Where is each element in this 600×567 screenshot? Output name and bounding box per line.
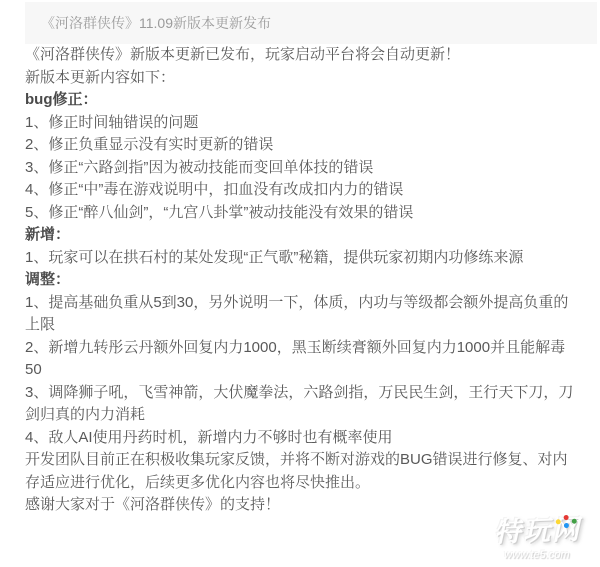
new-item-1: 1、玩家可以在拱石村的某处发现“正气歌”秘籍，提供玩家初期内功修练来源 [25, 247, 575, 270]
update-contents-intro: 新版本更新内容如下： [25, 67, 575, 90]
closing-paragraph: 开发团队目前正在积极收集玩家反馈，并将不断对游戏的BUG错误进行修复、对内存适应… [25, 449, 575, 494]
intro-paragraph: 《河洛群侠传》新版本更新已发布，玩家启动平台将会自动更新！ [25, 44, 575, 67]
article-title-bar: 《河洛群侠传》11.09新版本更新发布 [25, 2, 597, 44]
bugfix-item-2: 2、修正负重显示没有实时更新的错误 [25, 134, 575, 157]
watermark-site-url: www.te5.com [482, 549, 592, 561]
section-heading-bugfix: bug修正： [25, 89, 575, 112]
controller-button-blue-icon [563, 523, 568, 528]
adjust-item-3: 3、调降狮子吼，飞雪神箭，大伏魔拳法，六路剑指，万民民生剑，王行天下刀，刀剑归真… [25, 382, 575, 427]
bugfix-item-1: 1、修正时间轴错误的问题 [25, 112, 575, 135]
site-watermark: 特玩网 www.te5.com [482, 509, 592, 561]
bugfix-item-5: 5、修正“醉八仙剑”，“九宫八卦掌”被动技能没有效果的错误 [25, 202, 575, 225]
section-heading-new: 新增： [25, 224, 575, 247]
article-page: 《河洛群侠传》11.09新版本更新发布 《河洛群侠传》新版本更新已发布，玩家启动… [0, 0, 600, 567]
article-title: 《河洛群侠传》11.09新版本更新发布 [41, 13, 271, 33]
bugfix-item-3: 3、修正“六路剑指”因为被动技能而变回单体技的错误 [25, 157, 575, 180]
controller-button-yellow-icon [555, 519, 560, 524]
bugfix-item-4: 4、修正“中”毒在游戏说明中，扣血没有改成扣内力的错误 [25, 179, 575, 202]
article-body: 《河洛群侠传》新版本更新已发布，玩家启动平台将会自动更新！ 新版本更新内容如下：… [0, 44, 600, 517]
adjust-item-1: 1、提高基础负重从5到30，另外说明一下，体质，内功与等级都会额外提高负重的上限 [25, 292, 575, 337]
watermark-site-name: 特玩网 [493, 514, 581, 547]
thanks-paragraph: 感谢大家对于《河洛群侠传》的支持！ [25, 494, 575, 517]
adjust-item-2: 2、新增九转彤云丹额外回复内力1000，黑玉断续膏额外回复内力1000并且能解毒… [25, 337, 575, 382]
controller-button-green-icon [571, 519, 576, 524]
section-heading-adjust: 调整： [25, 269, 575, 292]
adjust-item-4: 4、敌人AI使用丹药时机，新增内力不够时也有概率使用 [25, 427, 575, 450]
